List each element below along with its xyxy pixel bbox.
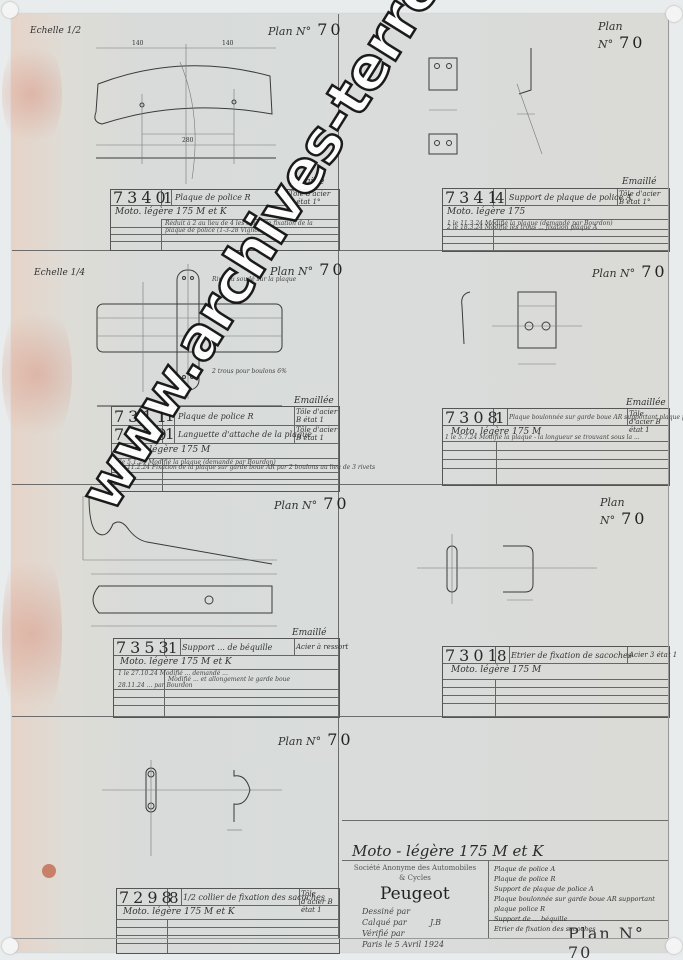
part-material: Tôle d'acier B état 1	[296, 426, 340, 442]
part-qty: 8	[169, 889, 179, 907]
parts-list-item: Plaque boulonnée sur garde boue AR suppo…	[494, 894, 668, 914]
finish-label: Emaillée	[294, 396, 334, 406]
plan-number: Plan N°70	[600, 496, 668, 528]
part-qty: 1	[168, 639, 178, 657]
part-description: Support ... de béquille	[182, 643, 272, 652]
date-line: Paris le 5 Avril 1924	[362, 939, 444, 950]
model-line: Moto. légère 175 M et K	[120, 657, 232, 667]
model-line: Moto. légère 175 M	[451, 665, 541, 675]
parts-table-7298: 7298 8 1/2 collier de fixation des sacoc…	[116, 888, 340, 954]
pin-hole	[2, 2, 18, 18]
part-material: Tôle d'acier B état 1	[629, 410, 669, 434]
revision-note: 1 le 5.7.24 Modifié la plaque - la longu…	[445, 434, 640, 441]
finish-label: Emaillé	[622, 177, 656, 187]
part-description: Etrier de fixation de sacoches	[511, 651, 632, 660]
plan-number: Plan N°70	[278, 730, 354, 749]
part-number: 7308	[445, 408, 502, 427]
sheet-border	[668, 14, 669, 938]
scale-label: Echelle 1/4	[34, 268, 85, 278]
annotation: 2 trous pour boulons 6%	[212, 368, 287, 375]
plan-footer: Plan N° 70	[568, 924, 668, 960]
signature-initials: J.B	[430, 917, 441, 928]
drawing-etrier-sacoches	[407, 524, 607, 624]
model-line: Moto. légère 175	[447, 207, 525, 217]
part-number: 7301	[445, 646, 502, 665]
drawing-support-plaque	[417, 44, 577, 164]
plan-number: Plan N°70	[592, 262, 668, 281]
parts-list-item: Support de ... béquille	[494, 914, 668, 924]
revision-note: 2 le 18.3.24 Modifié les trous ... fixat…	[447, 224, 597, 231]
paper-stain	[42, 864, 56, 878]
part-material: Tôle d'acier B état 1	[301, 890, 339, 914]
finish-label: Emaillée	[626, 398, 666, 408]
part-description: Support de plaque de police A	[509, 193, 632, 202]
parts-list-item: Plaque de police R	[494, 874, 668, 884]
title-model: Moto - légère 175 M et K	[352, 842, 543, 860]
parts-list-item: Support de plaque de police A	[494, 884, 668, 894]
svg-text:140: 140	[132, 40, 144, 47]
parts-table-7308: 7308 1 Plaque boulonnée sur garde boue A…	[442, 408, 670, 486]
svg-text:140: 140	[222, 40, 234, 47]
plan-number: Plan N°70	[274, 494, 350, 513]
model-line: Moto. légère 175 M et K	[115, 207, 227, 217]
company-name: Société Anonyme des Automobiles	[342, 864, 488, 872]
drawing-plaque-boulonnee	[452, 284, 602, 384]
pin-hole	[666, 938, 682, 954]
parts-table-7301: 7301 8 Etrier de fixation de sacoches Ac…	[442, 646, 670, 718]
part-material: Acier 3 état 1	[629, 651, 677, 659]
part-qty: 1	[495, 409, 505, 427]
part-qty: 4	[495, 189, 505, 207]
scale-label: Echelle 1/2	[30, 26, 81, 36]
revision-note: 28.11.24 ... par Bourdon	[118, 682, 193, 689]
part-number: 7340	[113, 188, 170, 207]
title-block-divider	[488, 860, 489, 938]
part-qty: 1	[163, 189, 173, 207]
title-block-line	[342, 860, 668, 861]
drawing-support-bequille	[77, 490, 277, 640]
paper-stain	[2, 294, 72, 454]
svg-text:280: 280	[182, 137, 194, 144]
pin-hole	[666, 6, 682, 22]
parts-table-7353: 7353 1 Support ... de béquille Acier à r…	[113, 638, 340, 718]
paper-stain	[2, 534, 62, 734]
part-number: 7341	[445, 188, 502, 207]
sheet-border	[12, 938, 668, 939]
company-name-2: & Cycles	[342, 874, 488, 882]
part-material: Acier à ressort	[296, 643, 348, 651]
paper-stain	[2, 34, 62, 154]
part-number: 7353	[116, 638, 173, 657]
brand-logo: Peugeot	[380, 884, 450, 904]
drawing-demi-collier	[102, 766, 302, 866]
parts-table-7341: 7341 4 Support de plaque de police A Tôl…	[442, 188, 670, 252]
part-description: Languette d'attache de la plaque	[178, 430, 312, 439]
model-line: Moto. légère 175 M et K	[123, 907, 235, 917]
part-material: Tôle d'acier B état 1	[296, 408, 340, 424]
finish-label: Emaillé	[292, 628, 326, 638]
drawn-by-label: Dessiné par	[362, 906, 410, 917]
plan-number: Plan N°70	[598, 20, 668, 52]
traced-by-label: Calqué par	[362, 917, 407, 928]
part-description: Plaque de police R	[175, 193, 251, 202]
title-block-divider	[342, 820, 668, 821]
parts-list-item: Plaque de police A	[494, 864, 668, 874]
part-qty: 8	[497, 647, 507, 665]
part-material: Tôle d'acier B état 1°	[619, 190, 667, 206]
pin-hole	[2, 938, 18, 954]
part-number: 7298	[119, 888, 176, 907]
